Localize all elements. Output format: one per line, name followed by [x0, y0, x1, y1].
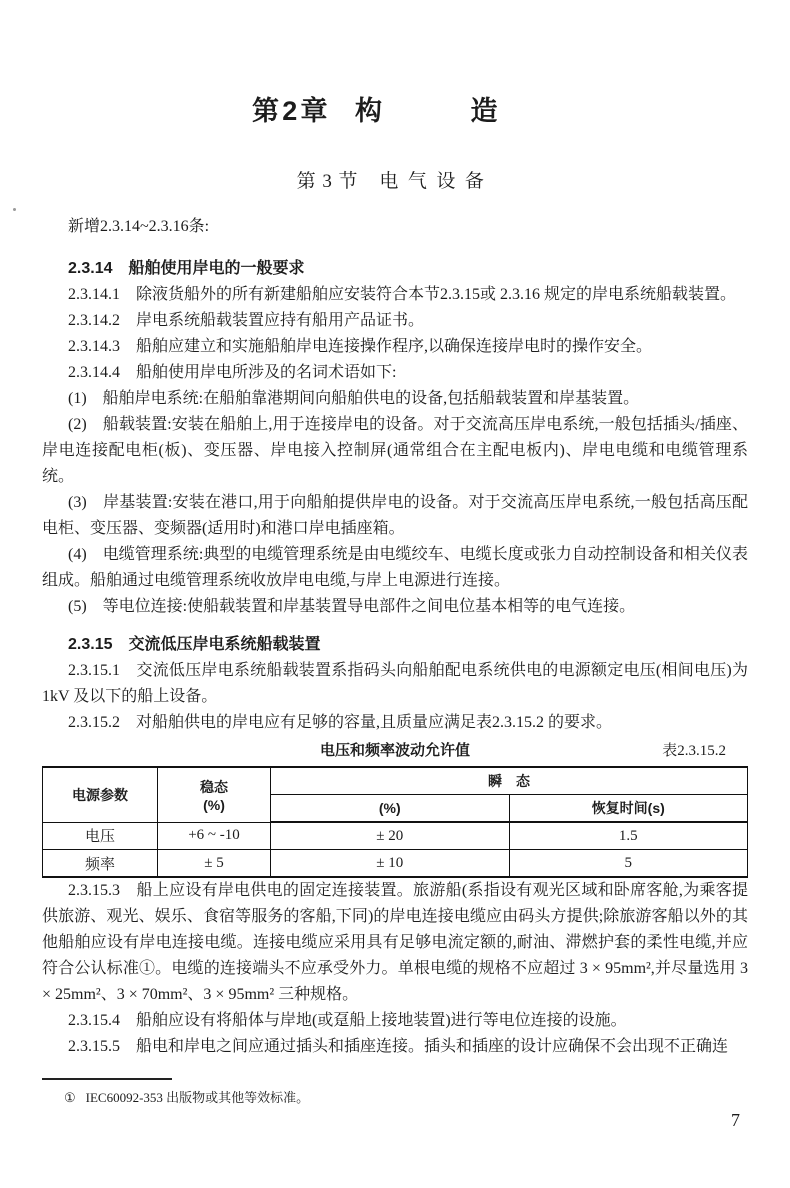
th-steady-state: 稳态 (%)	[158, 767, 271, 822]
chapter-title-text: 构 造	[355, 96, 538, 126]
th-transient-percent: (%)	[271, 795, 510, 823]
chapter-title: 第2章构 造	[42, 96, 748, 126]
th-recovery-time: 恢复时间(s)	[509, 795, 748, 823]
footnote: ①IEC60092-353 出版物或其他等效标准。	[42, 1089, 748, 1107]
paragraph-2-3-15-1: 2.3.15.1 交流低压岸电系统船载装置系指码头向船舶配电系统供电的电源额定电…	[42, 658, 748, 710]
table-label: 表2.3.15.2	[662, 740, 726, 762]
cell-voltage-steady: +6 ~ -10	[158, 822, 271, 850]
paragraph-2-3-14-3: 2.3.14.3 船舶应建立和实施船舶岸电连接操作程序,以确保连接岸电时的操作安…	[42, 334, 748, 360]
document-page: 第2章构 造 第3节电气设备 新增2.3.14~2.3.16条: 2.3.14 …	[0, 0, 790, 1188]
th-steady-line2: (%)	[162, 797, 266, 813]
paragraph-term-1: (1) 船舶岸电系统:在船舶靠港期间向船舶供电的设备,包括船载装置和岸基装置。	[42, 386, 748, 412]
cell-voltage-recovery: 1.5	[509, 822, 748, 850]
section-number: 第3节	[297, 171, 364, 192]
section-title: 第3节电气设备	[42, 170, 748, 194]
scan-speck	[13, 208, 16, 211]
paragraph-term-3: (3) 岸基装置:安装在港口,用于向船舶提供岸电的设备。对于交流高压岸电系统,一…	[42, 490, 748, 542]
table-caption-row: 电压和频率波动允许值 表2.3.15.2	[42, 740, 748, 762]
paragraph-2-3-15-2: 2.3.15.2 对船舶供电的岸电应有足够的容量,且质量应满足表2.3.15.2…	[42, 710, 748, 736]
article-2-3-14-heading: 2.3.14 船舶使用岸电的一般要求	[42, 256, 748, 282]
paragraph-term-2: (2) 船载装置:安装在船舶上,用于连接岸电的设备。对于交流高压岸电系统,一般包…	[42, 412, 748, 490]
paragraph-2-3-14-2: 2.3.14.2 岸电系统船载装置应持有船用产品证书。	[42, 308, 748, 334]
footnote-text: IEC60092-353 出版物或其他等效标准。	[86, 1090, 310, 1105]
paragraph-2-3-15-5: 2.3.15.5 船电和岸电之间应通过插头和插座连接。插头和插座的设计应确保不会…	[42, 1034, 748, 1060]
table-caption: 电压和频率波动允许值	[42, 740, 748, 762]
chapter-number: 第2章	[252, 96, 331, 126]
paragraph-2-3-15-3: 2.3.15.3 船上应设有岸电供电的固定连接装置。旅游船(系指设有观光区域和卧…	[42, 878, 748, 1008]
cell-frequency-recovery: 5	[509, 850, 748, 878]
cell-frequency-transient: ± 10	[271, 850, 510, 878]
paragraph-2-3-14-1: 2.3.14.1 除液货船外的所有新建船舶应安装符合本节2.3.15或 2.3.…	[42, 282, 748, 308]
article-2-3-15-heading: 2.3.15 交流低压岸电系统船载装置	[42, 632, 748, 658]
paragraph-term-5: (5) 等电位连接:使船载装置和岸基装置导电部件之间电位基本相等的电气连接。	[42, 594, 748, 620]
paragraph-2-3-15-4: 2.3.15.4 船舶应设有将船体与岸地(或趸船上接地装置)进行等电位连接的设施…	[42, 1008, 748, 1034]
section-title-text: 电气设备	[379, 171, 493, 192]
paragraph-2-3-14-4: 2.3.14.4 船舶使用岸电所涉及的名词术语如下:	[42, 360, 748, 386]
th-steady-line1: 稳态	[162, 777, 266, 797]
intro-note: 新增2.3.14~2.3.16条:	[42, 214, 748, 240]
page-number: 7	[731, 1110, 740, 1131]
table-row-voltage: 电压 +6 ~ -10 ± 20 1.5	[43, 822, 748, 850]
footnote-divider	[42, 1078, 172, 1080]
table-row-frequency: 频率 ± 5 ± 10 5	[43, 850, 748, 878]
voltage-frequency-table: 电源参数 稳态 (%) 瞬 态 (%) 恢复时间(s) 电压 +6 ~ -10 …	[42, 766, 748, 878]
paragraph-term-4: (4) 电缆管理系统:典型的电缆管理系统是由电缆绞车、电缆长度或张力自动控制设备…	[42, 542, 748, 594]
th-power-param: 电源参数	[43, 767, 158, 822]
th-transient: 瞬 态	[271, 767, 748, 795]
footnote-marker: ①	[64, 1090, 76, 1105]
cell-frequency-steady: ± 5	[158, 850, 271, 878]
cell-voltage-transient: ± 20	[271, 822, 510, 850]
cell-voltage-param: 电压	[43, 822, 158, 850]
table-header-row-1: 电源参数 稳态 (%) 瞬 态	[43, 767, 748, 795]
cell-frequency-param: 频率	[43, 850, 158, 878]
